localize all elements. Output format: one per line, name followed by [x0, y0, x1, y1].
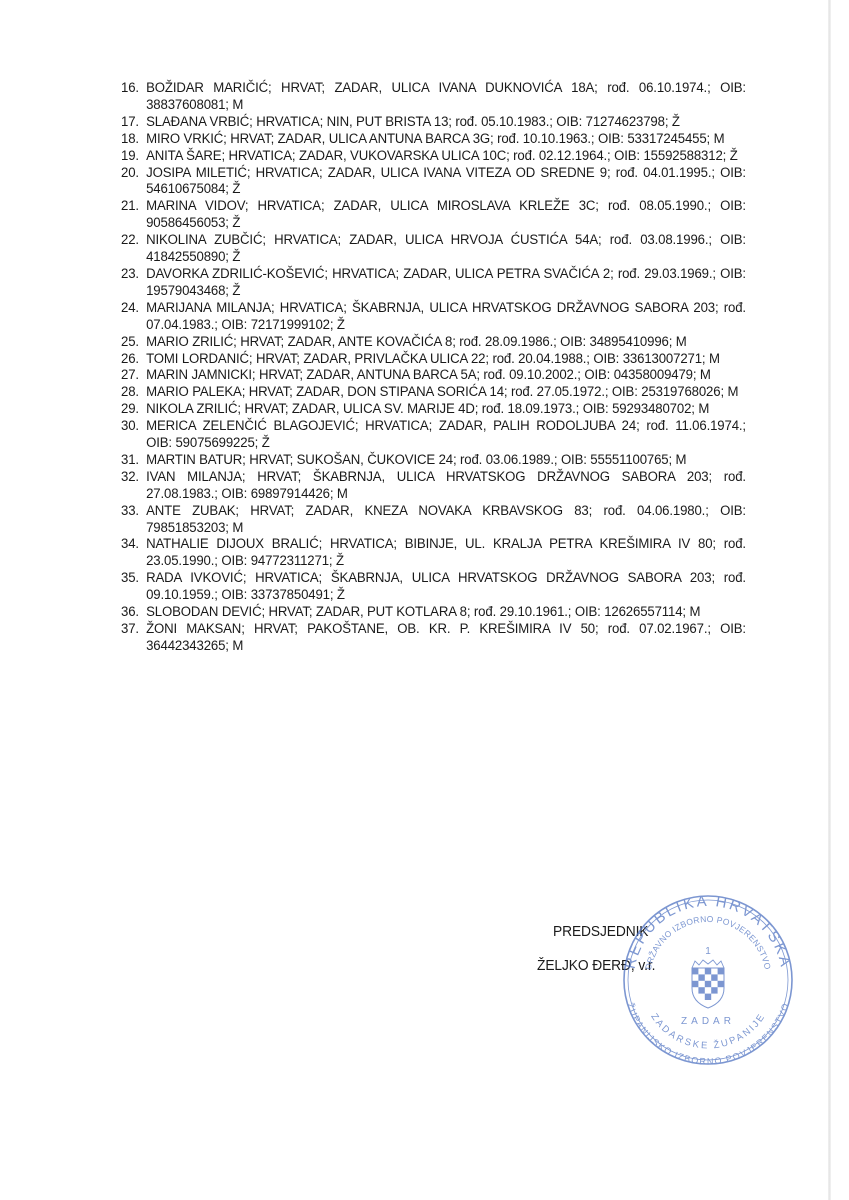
- candidate-details: ANTE ZUBAK; HRVAT; ZADAR, KNEZA NOVAKA K…: [146, 503, 746, 536]
- candidate-number: 18.: [121, 131, 139, 148]
- document-page: 16.BOŽIDAR MARIČIĆ; HRVAT; ZADAR, ULICA …: [0, 0, 849, 1200]
- candidate-details: NATHALIE DIJOUX BRALIĆ; HRVATICA; BIBINJ…: [146, 536, 746, 569]
- candidate-number: 37.: [121, 621, 139, 638]
- candidate-details: MARTIN BATUR; HRVAT; SUKOŠAN, ČUKOVICE 2…: [146, 452, 686, 468]
- candidate-list-item: 32.IVAN MILANJA; HRVAT; ŠKABRNJA, ULICA …: [121, 469, 746, 503]
- candidate-details: MARIJANA MILANJA; HRVATICA; ŠKABRNJA, UL…: [146, 300, 746, 333]
- candidate-list-item: 29.NIKOLA ZRILIĆ; HRVAT; ZADAR, ULICA SV…: [121, 401, 746, 418]
- candidate-number: 24.: [121, 300, 139, 317]
- candidate-number: 29.: [121, 401, 139, 418]
- candidate-details: MERICA ZELENČIĆ BLAGOJEVIĆ; HRVATICA; ZA…: [146, 418, 746, 451]
- candidate-number: 16.: [121, 80, 139, 97]
- stamp-outer-bottom-text: ŽUPANIJSKO IZBORNO POVJERENSTVO: [625, 1001, 791, 1066]
- candidate-number: 31.: [121, 452, 139, 469]
- candidate-number: 23.: [121, 266, 139, 283]
- candidate-details: DAVORKA ZDRILIĆ-KOŠEVIĆ; HRVATICA; ZADAR…: [146, 266, 746, 299]
- candidate-details: ŽONI MAKSAN; HRVAT; PAKOŠTANE, OB. KR. P…: [146, 621, 746, 654]
- candidate-list-item: 26.TOMI LORDANIĆ; HRVAT; ZADAR, PRIVLAČK…: [121, 351, 746, 368]
- candidate-list-item: 17.SLAĐANA VRBIĆ; HRVATICA; NIN, PUT BRI…: [121, 114, 746, 131]
- stamp-number: 1: [705, 946, 711, 957]
- candidate-details: BOŽIDAR MARIČIĆ; HRVAT; ZADAR, ULICA IVA…: [146, 80, 746, 113]
- candidate-list-item: 19.ANITA ŠARE; HRVATICA; ZADAR, VUKOVARS…: [121, 148, 746, 165]
- candidate-list: 16.BOŽIDAR MARIČIĆ; HRVAT; ZADAR, ULICA …: [121, 80, 771, 655]
- candidate-number: 22.: [121, 232, 139, 249]
- coat-of-arms-icon: [692, 960, 724, 1008]
- candidate-details: SLOBODAN DEVIĆ; HRVAT; ZADAR, PUT KOTLAR…: [146, 604, 700, 620]
- stamp-city: ZADAR: [681, 1016, 735, 1027]
- candidate-details: RADA IVKOVIĆ; HRVATICA; ŠKABRNJA, ULICA …: [146, 570, 746, 603]
- candidate-details: MARIN JAMNICKI; HRVAT; ZADAR, ANTUNA BAR…: [146, 367, 711, 383]
- candidate-list-item: 30.MERICA ZELENČIĆ BLAGOJEVIĆ; HRVATICA;…: [121, 418, 746, 452]
- candidate-details: TOMI LORDANIĆ; HRVAT; ZADAR, PRIVLAČKA U…: [146, 351, 720, 367]
- candidate-list-item: 34.NATHALIE DIJOUX BRALIĆ; HRVATICA; BIB…: [121, 536, 746, 570]
- signature-name: ŽELJKO ĐERĐ, v.r.: [537, 958, 655, 974]
- candidate-number: 32.: [121, 469, 139, 486]
- candidate-details: IVAN MILANJA; HRVAT; ŠKABRNJA, ULICA HRV…: [146, 469, 746, 502]
- candidate-number: 20.: [121, 165, 139, 182]
- candidate-list-item: 18.MIRO VRKIĆ; HRVAT; ZADAR, ULICA ANTUN…: [121, 131, 746, 148]
- candidate-number: 26.: [121, 351, 139, 368]
- candidate-number: 35.: [121, 570, 139, 587]
- candidate-details: MARIO PALEKA; HRVAT; ZADAR, DON STIPANA …: [146, 384, 738, 400]
- official-stamp-icon: REPUBLIKA HRVATSKA DRŽAVNO IZBORNO POVJE…: [620, 892, 796, 1068]
- candidate-number: 25.: [121, 334, 139, 351]
- candidate-list-item: 24.MARIJANA MILANJA; HRVATICA; ŠKABRNJA,…: [121, 300, 746, 334]
- candidate-number: 21.: [121, 198, 139, 215]
- candidate-details: NIKOLA ZRILIĆ; HRVAT; ZADAR, ULICA SV. M…: [146, 401, 709, 417]
- stamp-inner-bottom-text: ZADARSKE ŽUPANIJE: [648, 1011, 767, 1051]
- candidate-number: 34.: [121, 536, 139, 553]
- candidate-list-item: 37.ŽONI MAKSAN; HRVAT; PAKOŠTANE, OB. KR…: [121, 621, 746, 655]
- candidate-list-item: 36.SLOBODAN DEVIĆ; HRVAT; ZADAR, PUT KOT…: [121, 604, 746, 621]
- candidate-list-item: 28.MARIO PALEKA; HRVAT; ZADAR, DON STIPA…: [121, 384, 746, 401]
- candidate-number: 19.: [121, 148, 139, 165]
- candidate-list-item: 35.RADA IVKOVIĆ; HRVATICA; ŠKABRNJA, ULI…: [121, 570, 746, 604]
- candidate-number: 28.: [121, 384, 139, 401]
- candidate-list-item: 20.JOSIPA MILETIĆ; HRVATICA; ZADAR, ULIC…: [121, 165, 746, 199]
- candidate-details: ANITA ŠARE; HRVATICA; ZADAR, VUKOVARSKA …: [146, 148, 738, 164]
- candidate-number: 30.: [121, 418, 139, 435]
- candidate-list-item: 33.ANTE ZUBAK; HRVAT; ZADAR, KNEZA NOVAK…: [121, 503, 746, 537]
- scan-page-edge: [828, 0, 831, 1200]
- stamp-inner-top-text: DRŽAVNO IZBORNO POVJERENSTVO: [643, 914, 773, 971]
- signature-title: PREDSJEDNIK: [553, 924, 648, 940]
- candidate-list-item: 21.MARINA VIDOV; HRVATICA; ZADAR, ULICA …: [121, 198, 746, 232]
- candidate-list-item: 23.DAVORKA ZDRILIĆ-KOŠEVIĆ; HRVATICA; ZA…: [121, 266, 746, 300]
- candidate-list-item: 25.MARIO ZRILIĆ; HRVAT; ZADAR, ANTE KOVA…: [121, 334, 746, 351]
- candidate-details: MIRO VRKIĆ; HRVAT; ZADAR, ULICA ANTUNA B…: [146, 131, 724, 147]
- candidate-list-item: 27.MARIN JAMNICKI; HRVAT; ZADAR, ANTUNA …: [121, 367, 746, 384]
- candidate-number: 17.: [121, 114, 139, 131]
- candidate-details: MARINA VIDOV; HRVATICA; ZADAR, ULICA MIR…: [146, 198, 746, 231]
- candidate-number: 36.: [121, 604, 139, 621]
- candidate-details: SLAĐANA VRBIĆ; HRVATICA; NIN, PUT BRISTA…: [146, 114, 680, 130]
- candidate-details: MARIO ZRILIĆ; HRVAT; ZADAR, ANTE KOVAČIĆ…: [146, 334, 687, 350]
- candidate-details: JOSIPA MILETIĆ; HRVATICA; ZADAR, ULICA I…: [146, 165, 746, 198]
- candidate-details: NIKOLINA ZUBČIĆ; HRVATICA; ZADAR, ULICA …: [146, 232, 746, 265]
- candidate-list-item: 16.BOŽIDAR MARIČIĆ; HRVAT; ZADAR, ULICA …: [121, 80, 746, 114]
- candidate-list-item: 31.MARTIN BATUR; HRVAT; SUKOŠAN, ČUKOVIC…: [121, 452, 746, 469]
- candidate-number: 27.: [121, 367, 139, 384]
- candidate-list-item: 22.NIKOLINA ZUBČIĆ; HRVATICA; ZADAR, ULI…: [121, 232, 746, 266]
- candidate-number: 33.: [121, 503, 139, 520]
